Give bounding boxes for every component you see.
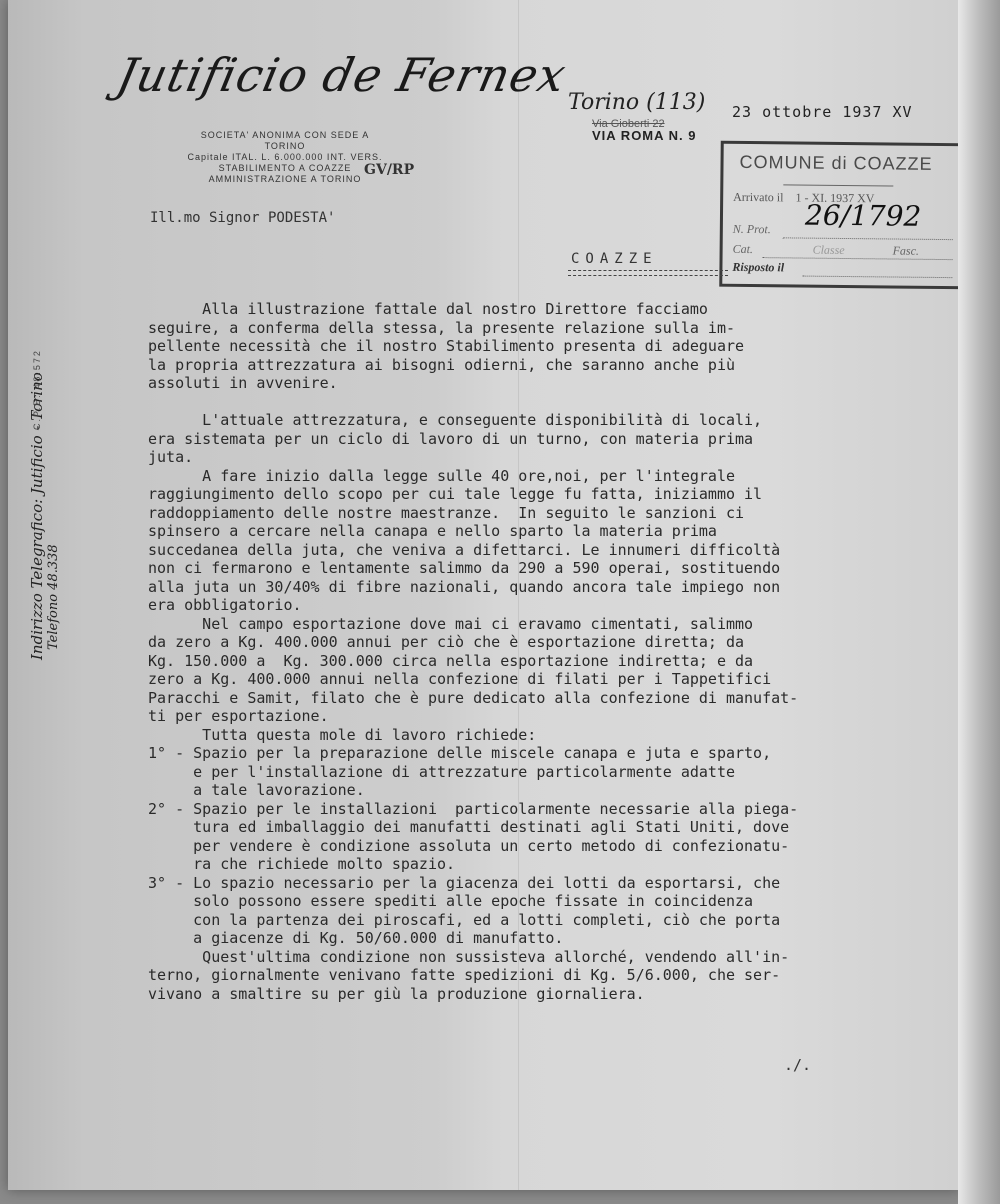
new-address: VIA ROMA N. 9 [592,128,697,143]
letterhead-line: SOCIETA' ANONIMA CON SEDE A TORINO [180,130,390,152]
stamp-class-label: Classe [813,243,845,258]
underlying-pages-edge [958,0,1000,1204]
protocol-stamp: COMUNE di COAZZE Arrivato il 1 - XI. 193… [719,141,972,290]
stamp-dotted-line [802,275,952,279]
body-line: succedanea della juta, che veniva a dife… [148,541,968,560]
body-line: per vendere è condizione assoluta un cer… [148,837,968,856]
letter-body: Alla illustrazione fattale dal nostro Di… [148,300,968,1003]
company-logo: Jutificio de Fernex [112,48,571,102]
stamp-dotted-line [763,256,953,260]
stamp-arrival-label: Arrivato il [733,190,783,205]
stamp-dotted-line [783,236,953,240]
body-line: a giacenze di Kg. 50/60.000 di manufatto… [148,929,968,948]
body-line: tura ed imballaggio dei manufatti destin… [148,818,968,837]
body-line: 3° - Lo spazio necessario per la giacenz… [148,874,968,893]
city-underline [568,270,728,276]
body-line: solo possono essere spediti alle epoche … [148,892,968,911]
stamp-title: COMUNE di COAZZE [739,152,932,175]
body-line: Paracchi e Samit, filato che è pure dedi… [148,689,968,708]
side-imprint: Indirizzo Telegrafico: Jutificio - Torin… [28,300,61,660]
stamp-cat-label: Cat. [733,242,753,257]
body-line: ti per esportazione. [148,707,968,726]
body-line: Quest'ultima condizione non sussisteva a… [148,948,968,967]
body-line [148,393,968,412]
body-line: non ci fermarono e lentamente salimmo da… [148,559,968,578]
reference-initials: GV/RP [364,162,414,178]
body-line: Tutta questa mole di lavoro richiede: [148,726,968,745]
body-line: Alla illustrazione fattale dal nostro Di… [148,300,968,319]
body-line: ra che richiede molto spazio. [148,855,968,874]
addressee: Ill.mo Signor PODESTA' [150,210,335,226]
body-line: era sistemata per un ciclo di lavoro di … [148,430,968,449]
body-line: assoluti in avvenire. [148,374,968,393]
body-line: alla juta un 30/40% di fibre nazionali, … [148,578,968,597]
body-line: A fare inizio dalla legge sulle 40 ore,n… [148,467,968,486]
continuation-mark: ./. [784,1056,811,1074]
body-line: zero a Kg. 400.000 annui nella confezion… [148,670,968,689]
body-line: seguire, a conferma della stessa, la pre… [148,319,968,338]
body-line: la propria attrezzatura ai bisogni odier… [148,356,968,375]
body-line: era obbligatorio. [148,596,968,615]
letter-date: 23 ottobre 1937 XV [732,103,913,121]
body-line: Nel campo esportazione dove mai ci erava… [148,615,968,634]
body-line: 2° - Spazio per le installazioni partico… [148,800,968,819]
stamp-fasc-label: Fasc. [893,243,919,258]
addressee-city: COAZZE [571,251,658,267]
body-line: raddoppiamento delle nostre maestranze. … [148,504,968,523]
stamp-divider [783,184,893,186]
letter-place: Torino (113) [568,90,705,115]
cpe-number: C.P.E. 48.572 [32,349,42,430]
letter-sheet: Jutificio de Fernex SOCIETA' ANONIMA CON… [8,0,960,1190]
stamp-reply-label: Risposto il [732,260,784,276]
body-line: spinsero a cercare nella canapa e nello … [148,522,968,541]
body-line: raggiungimento dello scopo per cui tale … [148,485,968,504]
body-line: a tale lavorazione. [148,781,968,800]
telephone-number: Telefono 48.338 [46,300,61,650]
letterhead-line: STABILIMENTO A COAZZE [180,163,390,174]
body-line: e per l'installazione di attrezzature pa… [148,763,968,782]
letterhead-line: Capitale ITAL. L. 6.000.000 INT. VERS. [180,152,390,163]
protocol-number: 26/1792 [805,199,922,233]
body-line: L'attuale attrezzatura, e conseguente di… [148,411,968,430]
letterhead-subtitle: SOCIETA' ANONIMA CON SEDE A TORINO Capit… [180,130,390,185]
body-line: vivano a smaltire su per giù la produzio… [148,985,968,1004]
body-line: juta. [148,448,968,467]
body-line: 1° - Spazio per la preparazione delle mi… [148,744,968,763]
body-line: con la partenza dei piroscafi, ed a lott… [148,911,968,930]
stamp-protocol-label: N. Prot. [733,222,771,237]
body-line: Kg. 150.000 a Kg. 300.000 circa nella es… [148,652,968,671]
body-line: pellente necessità che il nostro Stabili… [148,337,968,356]
body-line: da zero a Kg. 400.000 annui per ciò che … [148,633,968,652]
body-line: terno, giornalmente venivano fatte spedi… [148,966,968,985]
letterhead-line: AMMINISTRAZIONE A TORINO [180,174,390,185]
